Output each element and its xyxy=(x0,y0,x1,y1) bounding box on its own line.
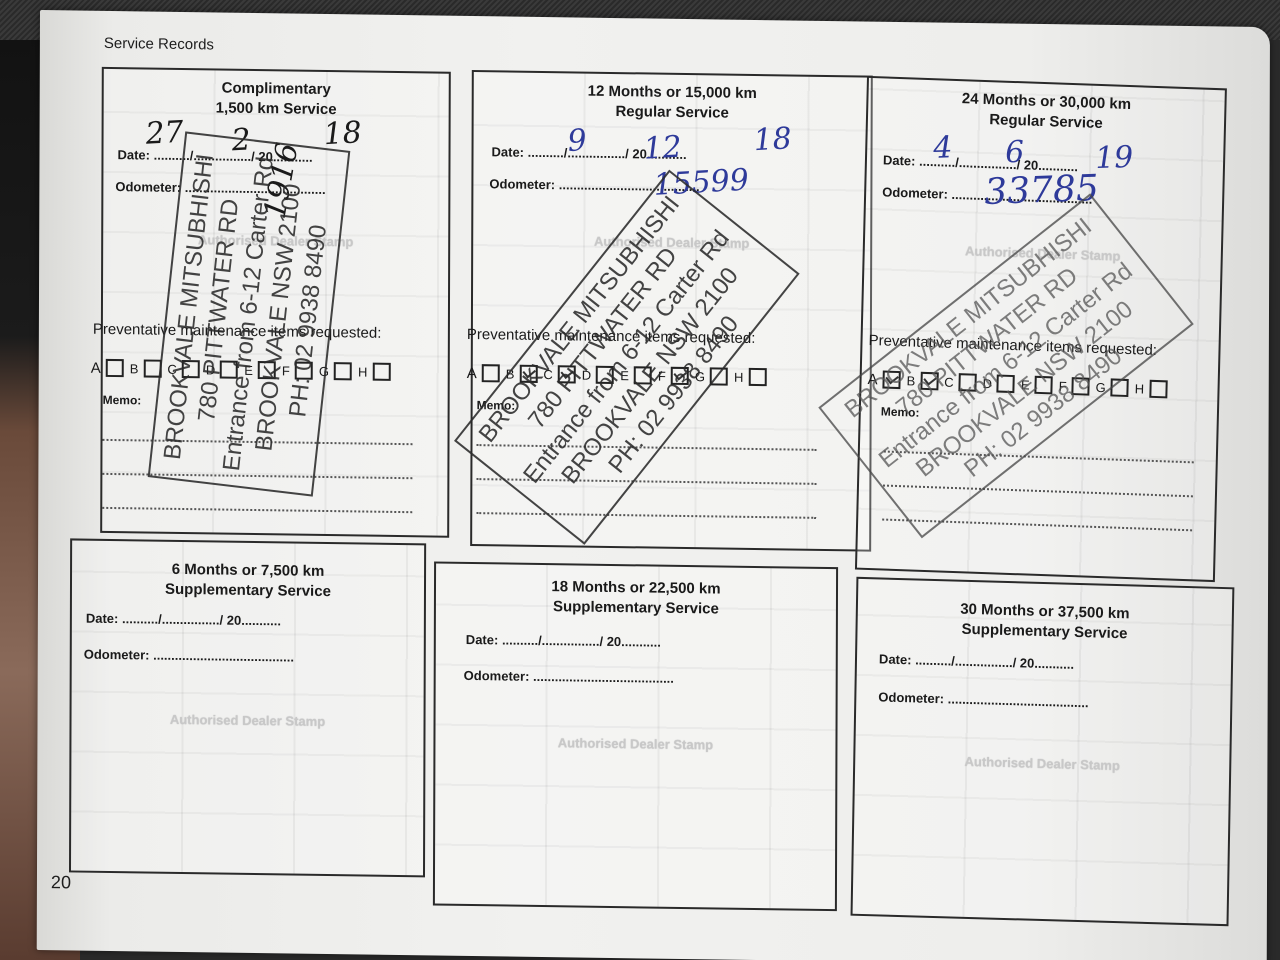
handwritten-year: 18 xyxy=(752,121,792,158)
handwritten-day: 9 xyxy=(566,123,587,159)
date-field[interactable]: ........../................/ 20.........… xyxy=(122,611,281,628)
service-box-complimentary: Complimentary 1,500 km Service Date: ...… xyxy=(100,67,451,538)
odometer-row: Odometer: ..............................… xyxy=(464,668,674,686)
memo-label: Memo: xyxy=(103,393,142,408)
service-title: 6 Months or 7,500 km Supplementary Servi… xyxy=(72,558,424,603)
date-field[interactable]: ........../................/ 20.........… xyxy=(502,632,661,649)
odometer-row: Odometer: ..............................… xyxy=(84,647,294,665)
date-field[interactable]: ........../................/ 20.........… xyxy=(915,652,1074,671)
memo-line[interactable] xyxy=(476,512,816,519)
service-title: 12 Months or 15,000 km Regular Service xyxy=(474,80,871,126)
dealer-stamp: BROOKVALE MITSUBHISHI780 PITTWATER RDEnt… xyxy=(454,170,800,545)
service-record-page: Service Records Complimentary 1,500 km S… xyxy=(37,10,1270,960)
handwritten-month: 12 xyxy=(642,130,682,167)
service-box-24-months: 24 Months or 30,000 km Regular Service D… xyxy=(855,76,1227,582)
handwritten-day: 27 xyxy=(144,115,184,152)
date-row: Date: ........../................/ 20...… xyxy=(879,651,1074,671)
service-title: 18 Months or 22,500 km Supplementary Ser… xyxy=(436,576,836,622)
handwritten-day: 4 xyxy=(933,130,954,166)
checkbox-label-h: H xyxy=(358,364,367,379)
checkbox-label-a: A xyxy=(467,364,477,381)
checkbox-label-h: H xyxy=(734,369,743,384)
dealer-stamp-placeholder: Authorised Dealer Stamp xyxy=(855,751,1229,776)
odometer-row: Odometer: ..............................… xyxy=(878,689,1088,710)
checkbox-a[interactable] xyxy=(482,364,500,382)
odometer-field[interactable]: ....................................... xyxy=(948,691,1089,710)
date-row: Date: ........../................/ 20...… xyxy=(86,611,281,629)
checkbox-h[interactable] xyxy=(372,363,390,381)
checkbox-h[interactable] xyxy=(1149,380,1167,399)
checkbox-label-h: H xyxy=(1135,381,1145,396)
handwritten-year: 19 xyxy=(1094,140,1134,176)
service-title: Complimentary 1,500 km Service xyxy=(104,77,449,122)
service-title: 30 Months or 37,500 km Supplementary Ser… xyxy=(857,597,1232,647)
service-title: 24 Months or 30,000 km Regular Service xyxy=(868,86,1225,138)
date-row: Date: ........../................/ 20...… xyxy=(466,632,661,650)
service-box-18-months: 18 Months or 22,500 km Supplementary Ser… xyxy=(433,562,838,912)
service-box-30-months: 30 Months or 37,500 km Supplementary Ser… xyxy=(851,577,1235,926)
page-number: 20 xyxy=(51,872,71,893)
odometer-field[interactable]: ....................................... xyxy=(153,648,294,665)
page-header: Service Records xyxy=(104,35,214,54)
checkbox-a[interactable] xyxy=(106,359,124,377)
handwritten-month: 6 xyxy=(1004,135,1025,171)
handwritten-year: 18 xyxy=(322,115,362,152)
dealer-stamp-placeholder: Authorised Dealer Stamp xyxy=(72,710,424,730)
dealer-stamp-placeholder: Authorised Dealer Stamp xyxy=(435,734,835,755)
checkbox-label-a: A xyxy=(91,359,101,376)
checkbox-label-b: B xyxy=(130,361,139,376)
odometer-field[interactable]: ....................................... xyxy=(533,669,674,686)
service-box-12-months: 12 Months or 15,000 km Regular Service D… xyxy=(470,70,873,552)
service-box-6-months: 6 Months or 7,500 km Supplementary Servi… xyxy=(69,538,426,877)
memo-line[interactable] xyxy=(102,507,412,513)
checkbox-h[interactable] xyxy=(748,368,766,386)
checkbox-g[interactable] xyxy=(334,362,352,380)
